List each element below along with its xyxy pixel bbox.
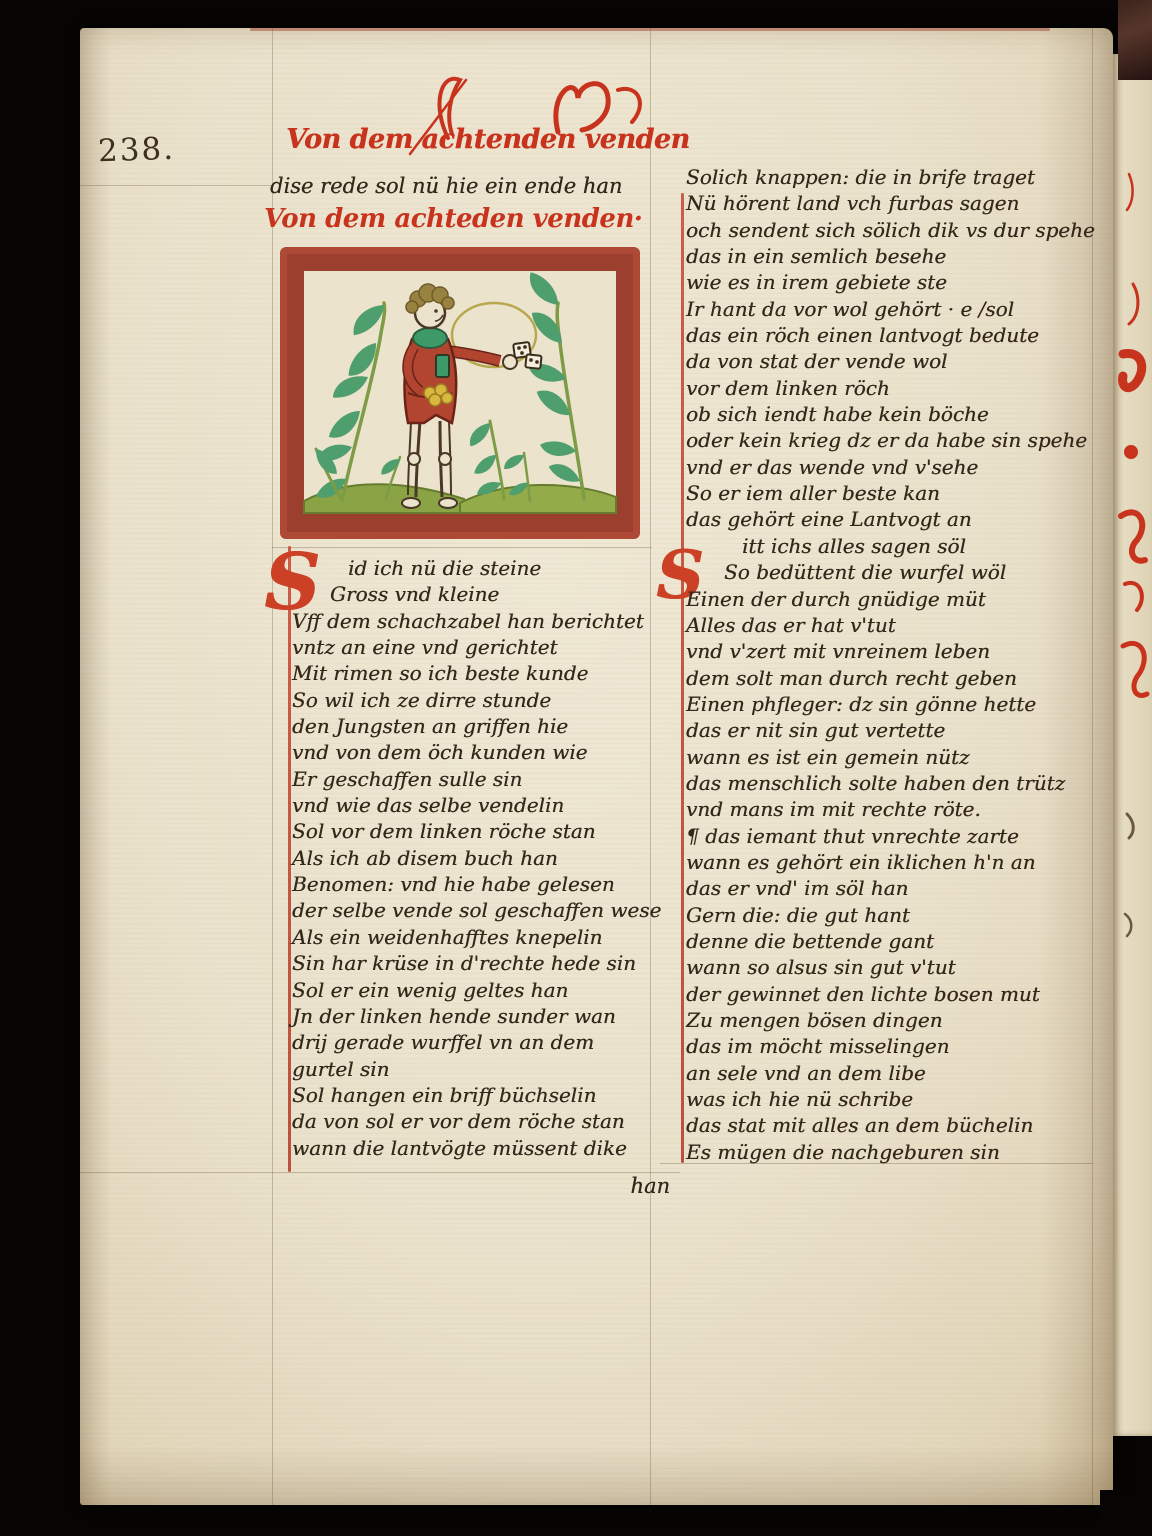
manuscript-line: Mit rimen so ich beste kunde [292, 660, 670, 686]
intro-line: dise rede sol nü hie ein ende han [270, 174, 622, 198]
manuscript-line: das er nit sin gut vertette [686, 717, 1112, 743]
manuscript-line: gurtel sin [292, 1056, 670, 1082]
manuscript-line: och sendent sich sölich dik vs dur spehe [686, 217, 1112, 243]
manuscript-line: Einen der durch gnüdige müt [686, 586, 1112, 612]
manuscript-line: wann so alsus sin gut v'tut [686, 954, 1112, 980]
red-margin-line-right-column [681, 193, 684, 1163]
manuscript-line: da von stat der vende wol [686, 348, 1112, 374]
manuscript-line: wann es ist ein gemein nütz [686, 744, 1112, 770]
manuscript-line: Solich knappen: die in brife traget [686, 164, 1112, 190]
manuscript-line: Sol hangen ein briff büchselin [292, 1082, 670, 1108]
manuscript-line: da von sol er vor dem röche stan [292, 1108, 670, 1134]
next-page-red-marks [1113, 54, 1152, 1436]
manuscript-line: Sol vor dem linken röche stan [292, 818, 670, 844]
manuscript-line: das im möcht misselingen [686, 1033, 1112, 1059]
manuscript-line: So bedüttent die wurfel wöl [686, 559, 1112, 585]
miniature-pawn-with-dice [278, 243, 644, 543]
manuscript-line: id ich nü die steine [292, 555, 670, 581]
manuscript-line: Einen phfleger: dz sin gönne hette [686, 691, 1112, 717]
manuscript-line: das menschlich solte haben den trütz [686, 770, 1112, 796]
manuscript-line: Zu mengen bösen dingen [686, 1007, 1112, 1033]
manuscript-line: wann die lantvögte müssent dike [292, 1135, 670, 1161]
manuscript-line: Vff dem schachzabel han berichtet [292, 608, 670, 634]
manuscript-line: oder kein krieg dz er da habe sin spehe [686, 427, 1112, 453]
ruling-line-horizontal-bottom-left [80, 1172, 680, 1173]
manuscript-line: So wil ich ze dirre stunde [292, 687, 670, 713]
manuscript-line: was ich hie nü schribe [686, 1086, 1112, 1112]
manuscript-line: wann es gehört ein iklichen h'n an [686, 849, 1112, 875]
manuscript-line: itt ichs alles sagen söl [686, 533, 1112, 559]
ruling-line-horizontal-top [80, 185, 272, 186]
manuscript-line: dem solt man durch recht geben [686, 665, 1112, 691]
manuscript-line: der gewinnet den lichte bosen mut [686, 981, 1112, 1007]
manuscript-line: das er vnd' im söl han [686, 875, 1112, 901]
manuscript-line: das ein röch einen lantvogt bedute [686, 322, 1112, 348]
manuscript-line: Gern die: die gut hant [686, 902, 1112, 928]
manuscript-page: 238. Von dem achtenden venden dise rede … [80, 28, 1113, 1505]
manuscript-line: vntz an eine vnd gerichtet [292, 634, 670, 660]
ruling-line-vertical-left [272, 28, 273, 1505]
binding-corner [1118, 0, 1152, 80]
manuscript-line: Als ich ab disem buch han [292, 845, 670, 871]
manuscript-line: Nü hörent land vch furbas sagen [686, 190, 1112, 216]
manuscript-line: das gehört eine Lantvogt an [686, 506, 1112, 532]
manuscript-line: ob sich iendt habe kein böche [686, 401, 1112, 427]
catchword: han [560, 1174, 670, 1198]
manuscript-line: wie es in irem gebiete ste [686, 269, 1112, 295]
photographed-codex: 238. Von dem achtenden venden dise rede … [0, 0, 1152, 1536]
manuscript-line: ¶ das iemant thut vnrechte zarte [686, 823, 1112, 849]
manuscript-line: das in ein semlich besehe [686, 243, 1112, 269]
manuscript-line: Als ein weidenhafftes knepelin [292, 924, 670, 950]
manuscript-line: drij gerade wurffel vn an dem [292, 1029, 670, 1055]
chapter-rubric: Von dem achteden venden· [264, 204, 642, 234]
folio-number: 238. [97, 131, 175, 170]
ruling-line-horizontal-mid [272, 547, 652, 548]
manuscript-line: Alles das er hat v'tut [686, 612, 1112, 638]
running-title: Von dem achtenden venden [286, 124, 690, 155]
manuscript-line: Es mügen die nachgeburen sin [686, 1139, 1112, 1165]
manuscript-line: vor dem linken röch [686, 375, 1112, 401]
manuscript-line: So er iem aller beste kan [686, 480, 1112, 506]
bottom-dark-corner [1100, 1490, 1152, 1536]
manuscript-line: Er geschaffen sulle sin [292, 766, 670, 792]
red-margin-line-left-column [288, 546, 291, 1172]
manuscript-line: vnd v'zert mit vnreinem leben [686, 638, 1112, 664]
manuscript-line: das stat mit alles an dem büchelin [686, 1112, 1112, 1138]
manuscript-line: vnd er das wende vnd v'sehe [686, 454, 1112, 480]
manuscript-line: vnd wie das selbe vendelin [292, 792, 670, 818]
manuscript-line: Ir hant da vor wol gehört · e /sol [686, 296, 1112, 322]
right-text-column: Solich knappen: die in brife tragetNü hö… [686, 164, 1112, 1165]
manuscript-line: Sol er ein wenig geltes han [292, 977, 670, 1003]
manuscript-line: vnd mans im mit rechte röte. [686, 796, 1112, 822]
manuscript-line: Jn der linken hende sunder wan [292, 1003, 670, 1029]
manuscript-line: Sin har krüse in d'rechte hede sin [292, 950, 670, 976]
manuscript-line: Benomen: vnd hie habe gelesen [292, 871, 670, 897]
manuscript-line: vnd von dem öch kunden wie [292, 739, 670, 765]
manuscript-line: den Jungsten an griffen hie [292, 713, 670, 739]
left-text-column: id ich nü die steineGross vnd kleineVff … [292, 555, 670, 1161]
manuscript-line: denne die bettende gant [686, 928, 1112, 954]
manuscript-line: an sele vnd an dem libe [686, 1060, 1112, 1086]
manuscript-line: der selbe vende sol geschaffen wese [292, 897, 670, 923]
manuscript-line: Gross vnd kleine [292, 581, 670, 607]
